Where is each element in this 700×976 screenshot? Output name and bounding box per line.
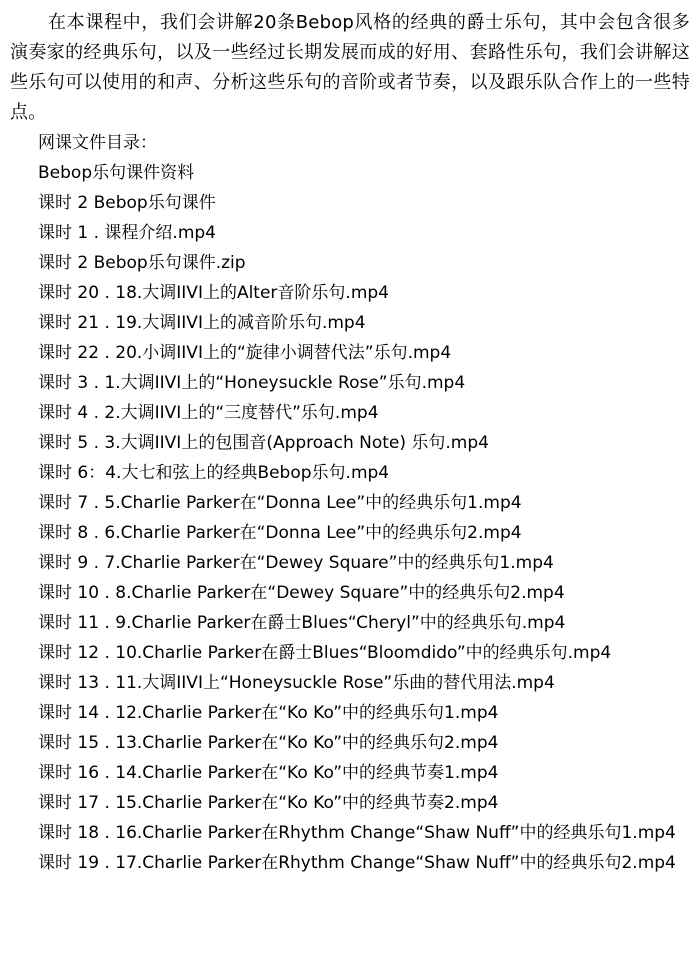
file-item: 课时 2 Bebop乐句课件 xyxy=(10,188,690,218)
file-item: 课时 9 . 7.Charlie Parker在“Dewey Square”中的… xyxy=(10,548,690,578)
folder-name: Bebop乐句课件资料 xyxy=(10,158,690,188)
file-item: 课时 21 . 19.大调IIVI上的减音阶乐句.mp4 xyxy=(10,308,690,338)
file-item: 课时 18 . 16.Charlie Parker在Rhythm Change“… xyxy=(10,818,690,848)
file-item: 课时 15 . 13.Charlie Parker在“Ko Ko”中的经典乐句2… xyxy=(10,728,690,758)
file-item: 课时 16 . 14.Charlie Parker在“Ko Ko”中的经典节奏1… xyxy=(10,758,690,788)
file-item: 课时 22 . 20.小调IIVI上的“旋律小调替代法”乐句.mp4 xyxy=(10,338,690,368)
file-item: 课时 10 . 8.Charlie Parker在“Dewey Square”中… xyxy=(10,578,690,608)
file-item: 课时 19 . 17.Charlie Parker在Rhythm Change“… xyxy=(10,848,690,878)
file-item: 课时 11 . 9.Charlie Parker在爵士Blues“Cheryl”… xyxy=(10,608,690,638)
catalog-heading: 网课文件目录： xyxy=(10,128,690,158)
file-item: 课时 5 . 3.大调IIVI上的包围音(Approach Note) 乐句.m… xyxy=(10,428,690,458)
file-item: 课时 14 . 12.Charlie Parker在“Ko Ko”中的经典乐句1… xyxy=(10,698,690,728)
intro-paragraph: 在本课程中，我们会讲解20条Bebop风格的经典的爵士乐句，其中会包含很多演奏家… xyxy=(10,8,690,128)
file-item: 课时 12 . 10.Charlie Parker在爵士Blues“Bloomd… xyxy=(10,638,690,668)
document-body: 在本课程中，我们会讲解20条Bebop风格的经典的爵士乐句，其中会包含很多演奏家… xyxy=(0,0,700,878)
file-item: 课时 3 . 1.大调IIVI上的“Honeysuckle Rose”乐句.mp… xyxy=(10,368,690,398)
file-item: 课时 17 . 15.Charlie Parker在“Ko Ko”中的经典节奏2… xyxy=(10,788,690,818)
file-item: 课时 20 . 18.大调IIVI上的Alter音阶乐句.mp4 xyxy=(10,278,690,308)
file-item: 课时 6：4.大七和弦上的经典Bebop乐句.mp4 xyxy=(10,458,690,488)
file-item: 课时 2 Bebop乐句课件.zip xyxy=(10,248,690,278)
file-item: 课时 8 . 6.Charlie Parker在“Donna Lee”中的经典乐… xyxy=(10,518,690,548)
file-item: 课时 13 . 11.大调IIVI上“Honeysuckle Rose”乐曲的替… xyxy=(10,668,690,698)
file-item: 课时 1 . 课程介绍.mp4 xyxy=(10,218,690,248)
file-item: 课时 7 . 5.Charlie Parker在“Donna Lee”中的经典乐… xyxy=(10,488,690,518)
file-item: 课时 4 . 2.大调IIVI上的“三度替代”乐句.mp4 xyxy=(10,398,690,428)
